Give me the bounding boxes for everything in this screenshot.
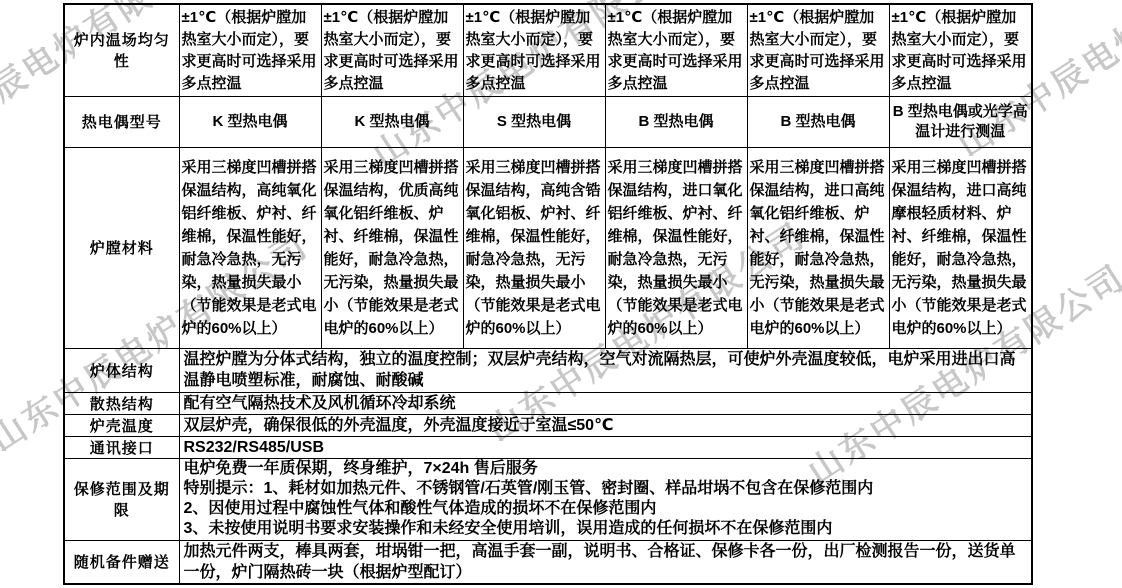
row-label-communication-interface: 通讯接口: [64, 436, 179, 458]
cell-uniformity-5: ±1℃（根据炉膛加热室大小而定），要求更高时可选择采用多点控温: [747, 4, 889, 96]
table-row-shell-temperature: 炉壳温度 双层炉壳，确保很低的外壳温度，外壳温度接近于室温≤50℃: [64, 414, 1032, 436]
warranty-line-4: 3、未按使用说明书要求安装操作和未经安全使用培训，误用造成的任何损坏不在保修范围…: [184, 519, 1030, 539]
row-label-spare-parts: 随机备件赠送: [64, 540, 179, 584]
cell-warranty: 电炉免费一年质保期，终身维护，7×24h 售后服务 特别提示：1、耗材如加热元件…: [179, 458, 1032, 540]
table-row-spare-parts: 随机备件赠送 加热元件两支，棒具两套，坩埚钳一把，高温手套一副，说明书、合格证、…: [64, 540, 1032, 584]
cell-material-6: 采用三梯度凹槽拼搭保温结构，进口高纯摩根轻质材料、炉衬、纤维棉，保温性能好，耐急…: [889, 147, 1032, 348]
cell-communication-interface: RS232/RS485/USB: [179, 436, 1032, 458]
row-label-chamber-material: 炉膛材料: [64, 147, 179, 348]
table-row-heat-dissipation: 散热结构 配有空气隔热技术及风机循环冷却系统: [64, 392, 1032, 414]
cell-thermocouple-5: B 型热电偶: [747, 96, 889, 147]
cell-uniformity-3: ±1℃（根据炉膛加热室大小而定），要求更高时可选择采用多点控温: [463, 4, 605, 96]
cell-thermocouple-3: S 型热电偶: [463, 96, 605, 147]
cell-thermocouple-1: K 型热电偶: [179, 96, 321, 147]
table-row-furnace-body-structure: 炉体结构 温控炉膛为分体式结构，独立的温度控制；双层炉壳结构，空气对流隔热层，可…: [64, 348, 1032, 392]
cell-material-4: 采用三梯度凹槽拼搭保温结构，进口氧化铝纤维板、炉衬、纤维棉，保温性能好，耐急冷急…: [605, 147, 747, 348]
warranty-line-1: 电炉免费一年质保期，终身维护，7×24h 售后服务: [184, 459, 1030, 479]
cell-thermocouple-2: K 型热电偶: [321, 96, 463, 147]
row-label-thermocouple-type: 热电偶型号: [64, 96, 179, 147]
table-row-temperature-uniformity: 炉内温场均匀性 ±1℃（根据炉膛加热室大小而定），要求更高时可选择采用多点控温 …: [64, 4, 1032, 96]
cell-thermocouple-4: B 型热电偶: [605, 96, 747, 147]
cell-material-3: 采用三梯度凹槽拼搭保温结构，高纯含锆氧化铝板、炉衬、纤维棉，保温性能好，耐急冷急…: [463, 147, 605, 348]
table-row-warranty: 保修范围及期限 电炉免费一年质保期，终身维护，7×24h 售后服务 特别提示：1…: [64, 458, 1032, 540]
warranty-line-3: 2、因使用过程中腐蚀性气体和酸性气体造成的损坏不在保修范围内: [184, 499, 1030, 519]
cell-shell-temperature: 双层炉壳，确保很低的外壳温度，外壳温度接近于室温≤50℃: [179, 414, 1032, 436]
cell-uniformity-6: ±1℃（根据炉膛加热室大小而定），要求更高时可选择采用多点控温: [889, 4, 1032, 96]
row-label-furnace-body-structure: 炉体结构: [64, 348, 179, 392]
warranty-line-2: 特别提示：1、耗材如加热元件、不锈钢管/石英管/刚玉管、密封圈、样品坩埚不包含在…: [184, 479, 1030, 499]
table-row-thermocouple-type: 热电偶型号 K 型热电偶 K 型热电偶 S 型热电偶 B 型热电偶 B 型热电偶…: [64, 96, 1032, 147]
cell-heat-dissipation: 配有空气隔热技术及风机循环冷却系统: [179, 392, 1032, 414]
cell-uniformity-4: ±1℃（根据炉膛加热室大小而定），要求更高时可选择采用多点控温: [605, 4, 747, 96]
row-label-shell-temperature: 炉壳温度: [64, 414, 179, 436]
cell-material-5: 采用三梯度凹槽拼搭保温结构，进口高纯氧化铝纤维板、炉衬、纤维棉，保温性能好，耐急…: [747, 147, 889, 348]
row-label-warranty: 保修范围及期限: [64, 458, 179, 540]
furnace-spec-table: 炉内温场均匀性 ±1℃（根据炉膛加热室大小而定），要求更高时可选择采用多点控温 …: [63, 3, 1033, 585]
row-label-heat-dissipation: 散热结构: [64, 392, 179, 414]
cell-thermocouple-6: B 型热电偶或光学高温计进行测温: [889, 96, 1032, 147]
cell-furnace-body-structure: 温控炉膛为分体式结构，独立的温度控制；双层炉壳结构，空气对流隔热层，可使炉外壳温…: [179, 348, 1032, 392]
cell-spare-parts: 加热元件两支，棒具两套，坩埚钳一把，高温手套一副，说明书、合格证、保修卡各一份，…: [179, 540, 1032, 584]
row-label-temperature-uniformity: 炉内温场均匀性: [64, 4, 179, 96]
table-row-chamber-material: 炉膛材料 采用三梯度凹槽拼搭保温结构，高纯氧化铝纤维板、炉衬、纤维棉，保温性能好…: [64, 147, 1032, 348]
cell-material-2: 采用三梯度凹槽拼搭保温结构，优质高纯氧化铝纤维板、炉衬、纤维棉，保温性能好，耐急…: [321, 147, 463, 348]
cell-material-1: 采用三梯度凹槽拼搭保温结构，高纯氧化铝纤维板、炉衬、纤维棉，保温性能好，耐急冷急…: [179, 147, 321, 348]
cell-uniformity-2: ±1℃（根据炉膛加热室大小而定），要求更高时可选择采用多点控温: [321, 4, 463, 96]
table-row-communication-interface: 通讯接口 RS232/RS485/USB: [64, 436, 1032, 458]
cell-uniformity-1: ±1℃（根据炉膛加热室大小而定），要求更高时可选择采用多点控温: [179, 4, 321, 96]
